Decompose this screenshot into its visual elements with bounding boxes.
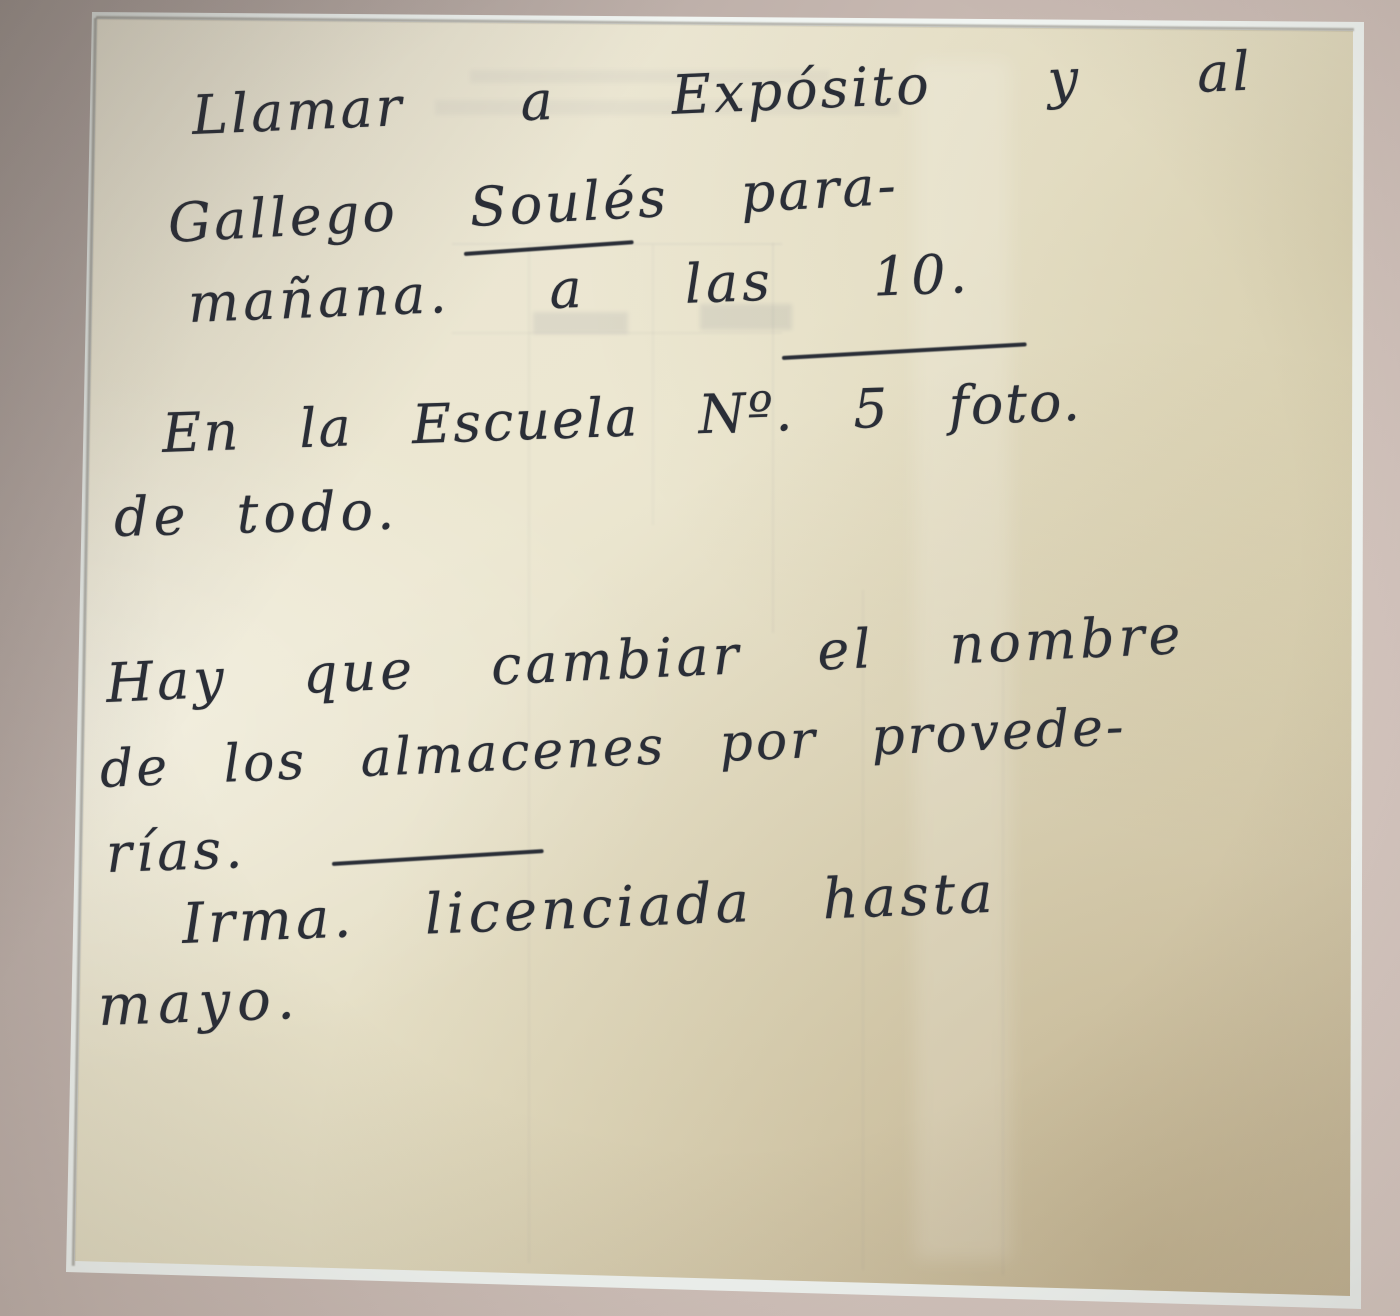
handwritten-line-5: de todo.	[113, 479, 400, 549]
handwritten-line-1: Llamar a Expósito y al	[191, 40, 1254, 147]
framed-note-photo: Llamar a Expósito y al Gallego Soulés pa…	[0, 0, 1400, 1316]
handwritten-line-2: Gallego Soulés para-	[166, 154, 900, 255]
handwritten-line-8: rías.	[105, 817, 247, 885]
ink-underline-soules	[464, 240, 634, 256]
handwritten-line-4: En la Escuela Nº. 5 foto.	[161, 370, 1083, 465]
ink-dash-after-rias	[332, 849, 544, 866]
handwriting-layer: Llamar a Expósito y al Gallego Soulés pa…	[0, 0, 1400, 1316]
handwritten-line-7: de los almacenes por provede-	[99, 697, 1128, 800]
handwritten-line-9: Irma. licenciada hasta	[181, 861, 998, 957]
handwritten-line-3: mañana. a las 10.	[187, 242, 972, 335]
handwritten-line-6: Hay que cambiar el nombre	[105, 603, 1186, 715]
handwritten-line-10: mayo.	[97, 967, 303, 1039]
ink-underline-time	[782, 342, 1027, 360]
